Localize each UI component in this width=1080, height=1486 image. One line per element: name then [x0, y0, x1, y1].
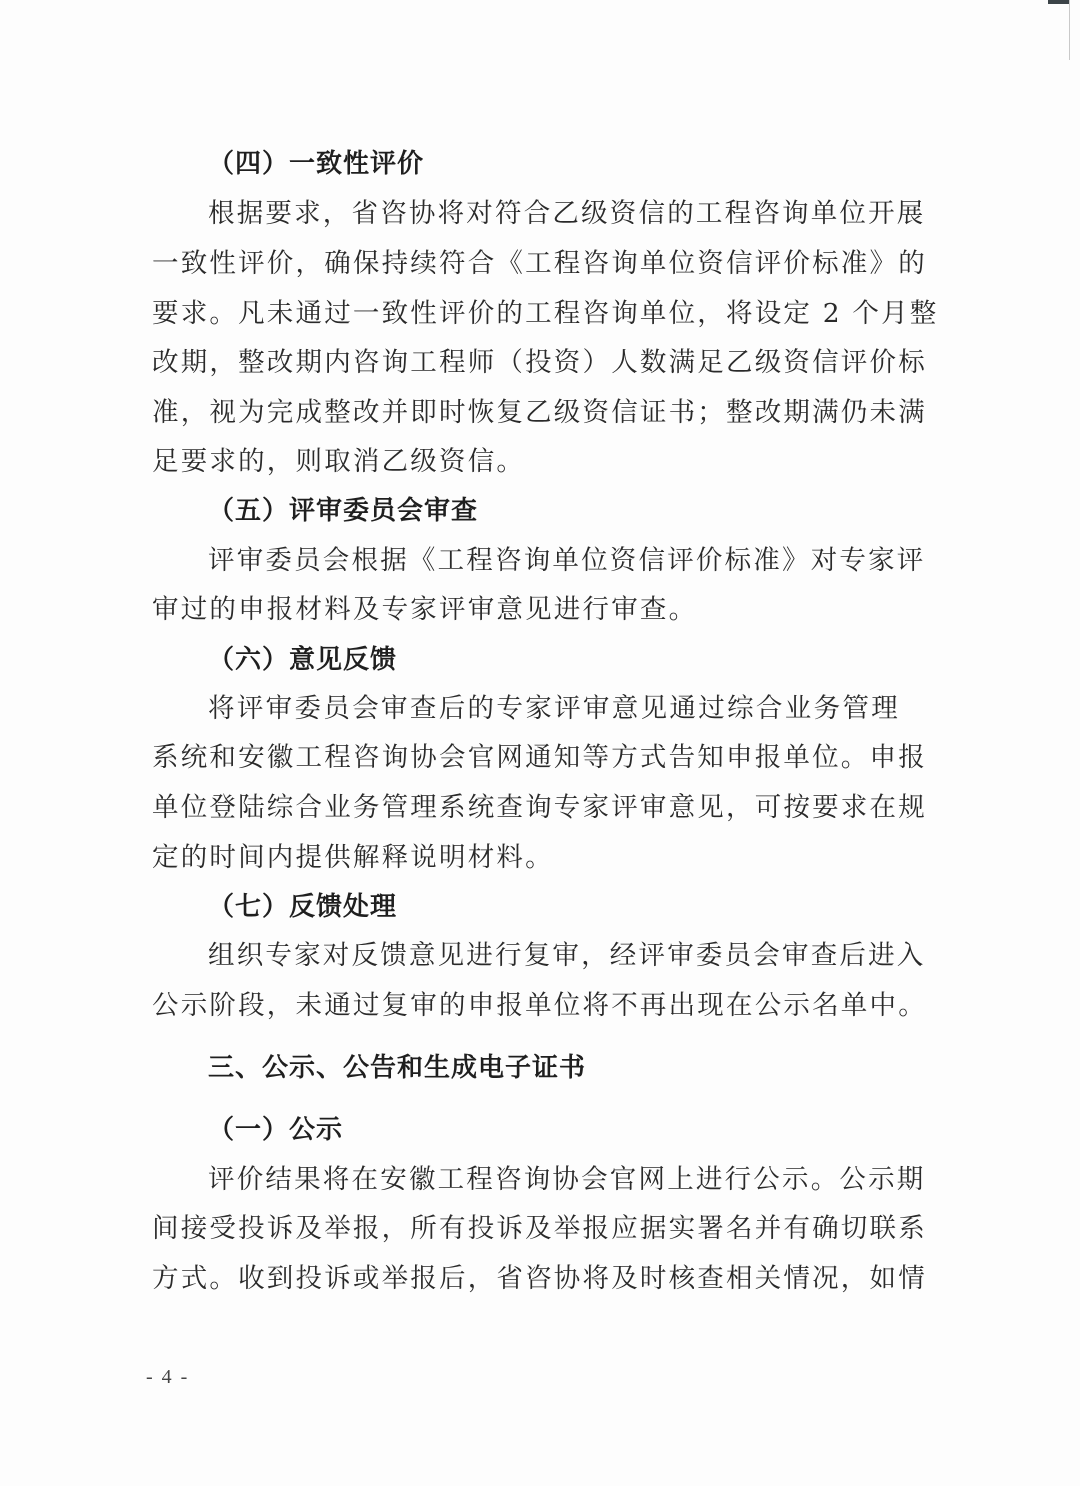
paragraph-line: 准，视为完成整改并即时恢复乙级资信证书；整改期满仍未满: [152, 395, 900, 431]
paragraph-line: 将评审委员会审查后的专家评审意见通过综合业务管理: [208, 691, 900, 727]
paragraph-line: 方式。收到投诉或举报后，省咨协将及时核查相关情况，如情: [152, 1261, 900, 1297]
scan-edge-mark: [1048, 0, 1070, 4]
subsection-heading: （一）公示: [208, 1112, 343, 1148]
paragraph-line: 间接受投诉及举报，所有投诉及举报应据实署名并有确切联系: [152, 1211, 900, 1247]
scan-edge-line: [1069, 0, 1070, 60]
paragraph-line: 单位登陆综合业务管理系统查询专家评审意见，可按要求在规: [152, 790, 900, 826]
paragraph-line: 审过的申报材料及专家评审意见进行审查。: [152, 592, 900, 628]
paragraph-line: 定的时间内提供解释说明材料。: [152, 840, 900, 876]
paragraph-line: 足要求的，则取消乙级资信。: [152, 444, 900, 480]
section-heading: 三、公示、公告和生成电子证书: [208, 1050, 586, 1086]
paragraph-line: 公示阶段，未通过复审的申报单位将不再出现在公示名单中。: [152, 988, 900, 1024]
paragraph-line: 改期，整改期内咨询工程师（投资）人数满足乙级资信评价标: [152, 345, 900, 381]
subsection-heading: （七）反馈处理: [208, 889, 397, 925]
paragraph-line: 系统和安徽工程咨询协会官网通知等方式告知申报单位。申报: [152, 740, 900, 776]
document-page: （四）一致性评价根据要求，省咨协将对符合乙级资信的工程咨询单位开展一致性评价，确…: [0, 0, 1080, 1486]
paragraph-line: 要求。凡未通过一致性评价的工程咨询单位，将设定 2 个月整: [152, 296, 900, 332]
paragraph-line: 组织专家对反馈意见进行复审，经评审委员会审查后进入: [208, 938, 900, 974]
paragraph-line: 评审委员会根据《工程咨询单位资信评价标准》对专家评: [208, 543, 900, 579]
page-number: - 4 -: [146, 1366, 189, 1389]
paragraph-line: 评价结果将在安徽工程咨询协会官网上进行公示。公示期: [208, 1162, 900, 1198]
paragraph-line: 一致性评价，确保持续符合《工程咨询单位资信评价标准》的: [152, 246, 900, 282]
paragraph-line: 根据要求，省咨协将对符合乙级资信的工程咨询单位开展: [208, 196, 900, 232]
subsection-heading: （六）意见反馈: [208, 642, 397, 678]
subsection-heading: （五）评审委员会审查: [208, 493, 478, 529]
subsection-heading: （四）一致性评价: [208, 146, 424, 182]
